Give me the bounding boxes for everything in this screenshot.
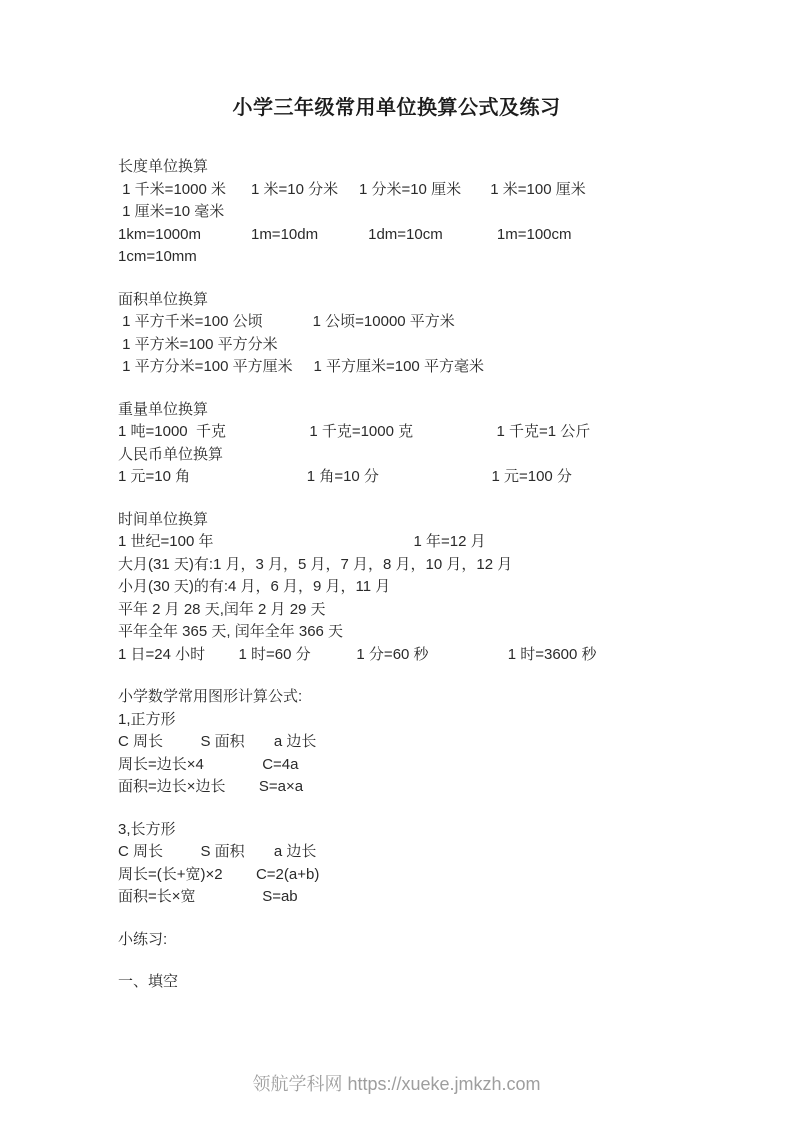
- text-line: 1 平方千米=100 公顷 1 公顷=10000 平方米: [118, 311, 743, 334]
- section-shapes-square: 小学数学常用图形计算公式: 1,正方形 C 周长 S 面积 a 边长 周长=边长…: [118, 686, 743, 799]
- text-line: 1 日=24 小时 1 时=60 分 1 分=60 秒 1 时=3600 秒: [118, 644, 743, 667]
- text-line: 1 平方分米=100 平方厘米 1 平方厘米=100 平方毫米: [118, 356, 743, 379]
- section-heading: 面积单位换算: [118, 289, 743, 312]
- section-heading: 长度单位换算: [118, 156, 743, 179]
- text-line: 1,正方形: [118, 709, 743, 732]
- text-line: C 周长 S 面积 a 边长: [118, 731, 743, 754]
- text-line: 1 平方米=100 平方分米: [118, 334, 743, 357]
- text-line: 大月(31 天)有:1 月，3 月，5 月，7 月，8 月，10 月，12 月: [118, 554, 743, 577]
- text-line: 1cm=10mm: [118, 246, 743, 269]
- section-practice: 小练习:: [118, 929, 743, 952]
- text-line: 平年全年 365 天, 闰年全年 366 天: [118, 621, 743, 644]
- section-fill-blank: 一、填空: [118, 971, 743, 994]
- document-page: 小学三年级常用单位换算公式及练习 长度单位换算 1 千米=1000 米 1 米=…: [0, 0, 793, 1122]
- text-line: 1 吨=1000 千克 1 千克=1000 克 1 千克=1 公斤: [118, 421, 743, 444]
- section-heading: 3,长方形: [118, 819, 743, 842]
- section-shapes-rectangle: 3,长方形 C 周长 S 面积 a 边长 周长=(长+宽)×2 C=2(a+b)…: [118, 819, 743, 909]
- text-line: 1 千米=1000 米 1 米=10 分米 1 分米=10 厘米 1 米=100…: [118, 179, 743, 202]
- text-line: 1 元=10 角 1 角=10 分 1 元=100 分: [118, 466, 743, 489]
- document-body: 长度单位换算 1 千米=1000 米 1 米=10 分米 1 分米=10 厘米 …: [0, 156, 793, 994]
- text-line: 1 厘米=10 毫米: [118, 201, 743, 224]
- section-length-units: 长度单位换算 1 千米=1000 米 1 米=10 分米 1 分米=10 厘米 …: [118, 156, 743, 269]
- text-line: 1 世纪=100 年 1 年=12 月: [118, 531, 743, 554]
- page-title: 小学三年级常用单位换算公式及练习: [0, 0, 793, 120]
- section-heading: 小练习:: [118, 929, 743, 952]
- section-heading: 一、填空: [118, 971, 743, 994]
- section-heading: 人民币单位换算: [118, 444, 743, 467]
- section-weight-money-units: 重量单位换算 1 吨=1000 千克 1 千克=1000 克 1 千克=1 公斤…: [118, 399, 743, 489]
- text-line: 周长=(长+宽)×2 C=2(a+b): [118, 864, 743, 887]
- text-line: 1km=1000m 1m=10dm 1dm=10cm 1m=100cm: [118, 224, 743, 247]
- text-line: C 周长 S 面积 a 边长: [118, 841, 743, 864]
- section-heading: 重量单位换算: [118, 399, 743, 422]
- text-line: 周长=边长×4 C=4a: [118, 754, 743, 777]
- text-line: 小月(30 天)的有:4 月，6 月，9 月，11 月: [118, 576, 743, 599]
- text-line: 面积=长×宽 S=ab: [118, 886, 743, 909]
- watermark-footer: 领航学科网 https://xueke.jmkzh.com: [0, 1074, 793, 1094]
- section-area-units: 面积单位换算 1 平方千米=100 公顷 1 公顷=10000 平方米 1 平方…: [118, 289, 743, 379]
- section-heading: 小学数学常用图形计算公式:: [118, 686, 743, 709]
- section-heading: 时间单位换算: [118, 509, 743, 532]
- text-line: 面积=边长×边长 S=a×a: [118, 776, 743, 799]
- text-line: 平年 2 月 28 天,闰年 2 月 29 天: [118, 599, 743, 622]
- section-time-units: 时间单位换算 1 世纪=100 年 1 年=12 月 大月(31 天)有:1 月…: [118, 509, 743, 667]
